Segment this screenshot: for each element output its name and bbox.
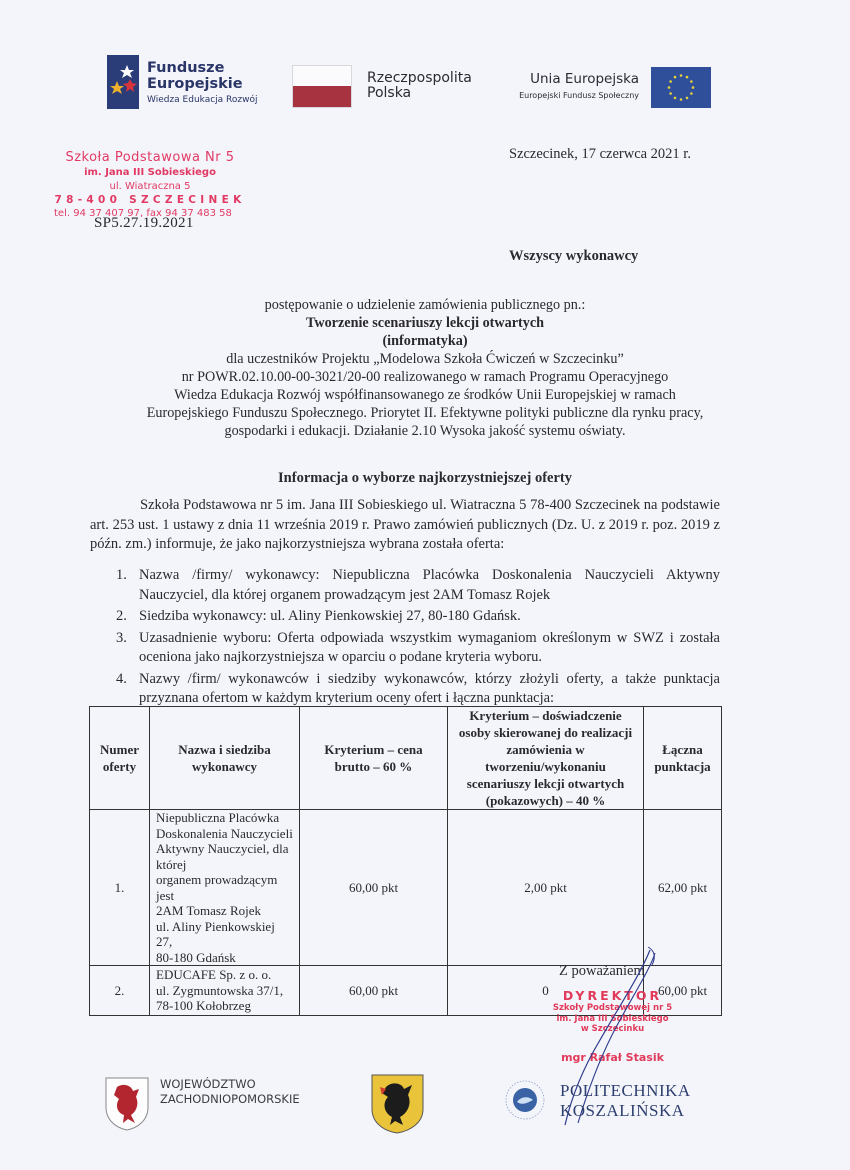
unia-europejska-text: Unia Europejska Europejski Fundusz Społe… [495, 72, 639, 102]
header-name: Nazwa i siedziba wykonawcy [150, 707, 300, 810]
list-item: 2.Siedziba wykonawcy: ul. Aliny Pienkows… [116, 607, 720, 627]
header-total: Łączna punktacja [644, 707, 722, 810]
fundusze-europejskie-logo-icon [107, 55, 139, 109]
offer-price: 60,00 pkt [300, 810, 448, 966]
procurement-title: Tworzenie scenariuszy lekcji otwartych [100, 314, 750, 332]
offer-total: 62,00 pkt [644, 810, 722, 966]
procurement-subtitle: (informatyka) [100, 332, 750, 350]
header-number: Numer oferty [90, 707, 150, 810]
reference-number: SP5.27.19.2021 [94, 215, 194, 232]
school-stamp: Szkoła Podstawowa Nr 5 im. Jana III Sobi… [50, 150, 250, 220]
header-experience: Kryterium – doświadczenie osoby skierowa… [448, 707, 644, 810]
offer-number: 2. [90, 966, 150, 1016]
rzeczpospolita-polska-text: Rzeczpospolita Polska [367, 71, 472, 101]
offer-name: EDUCAFE Sp. z o. o.ul. Zygmuntowska 37/1… [150, 966, 300, 1016]
director-stamp: DYREKTOR Szkoły Podstawowej nr 5 im. Jan… [530, 988, 695, 1064]
list-item: 4.Nazwy /firm/ wykonawców i siedziby wyk… [116, 670, 720, 709]
zachodniopomorskie-crest-icon [103, 1075, 151, 1131]
procurement-intro: postępowanie o udzielenie zamówienia pub… [100, 296, 750, 440]
list-item: 3.Uzasadnienie wyboru: Oferta odpowiada … [116, 629, 720, 668]
director-name: mgr Rafał Stasik [530, 1051, 695, 1064]
offer-number: 1. [90, 810, 150, 966]
offer-price: 60,00 pkt [300, 966, 448, 1016]
offer-experience: 2,00 pkt [448, 810, 644, 966]
politechnika-logo-icon [505, 1080, 545, 1120]
table-header-row: Numer oferty Nazwa i siedziba wykonawcy … [90, 707, 722, 810]
addressee: Wszyscy wykonawcy [509, 248, 638, 265]
polish-flag-icon [292, 65, 352, 108]
list-item: 1.Nazwa /firmy/ wykonawcy: Niepubliczna … [116, 566, 720, 605]
eu-flag-icon [651, 67, 711, 108]
fundusze-europejskie-text: Fundusze Europejskie Wiedza Edukacja Roz… [147, 60, 258, 107]
politechnika-text: POLITECHNIKA KOSZALIŃSKA [560, 1081, 691, 1121]
body-paragraph: Szkoła Podstawowa nr 5 im. Jana III Sobi… [90, 496, 720, 555]
info-list: 1.Nazwa /firmy/ wykonawcy: Niepubliczna … [116, 566, 720, 711]
wojewodztwo-text: WOJEWÓDZTWO ZACHODNIOPOMORSKIE [160, 1077, 300, 1107]
section-title: Informacja o wyborze najkorzystniejszej … [100, 470, 750, 487]
offer-name: Niepubliczna PlacówkaDoskonalenia Nauczy… [150, 810, 300, 966]
header-price: Kryterium – cena brutto – 60 % [300, 707, 448, 810]
table-row: 1. Niepubliczna PlacówkaDoskonalenia Nau… [90, 810, 722, 966]
closing-regards: Z poważaniem [559, 963, 645, 980]
county-crest-icon [370, 1073, 425, 1135]
date-line: Szczecinek, 17 czerwca 2021 r. [509, 146, 691, 163]
